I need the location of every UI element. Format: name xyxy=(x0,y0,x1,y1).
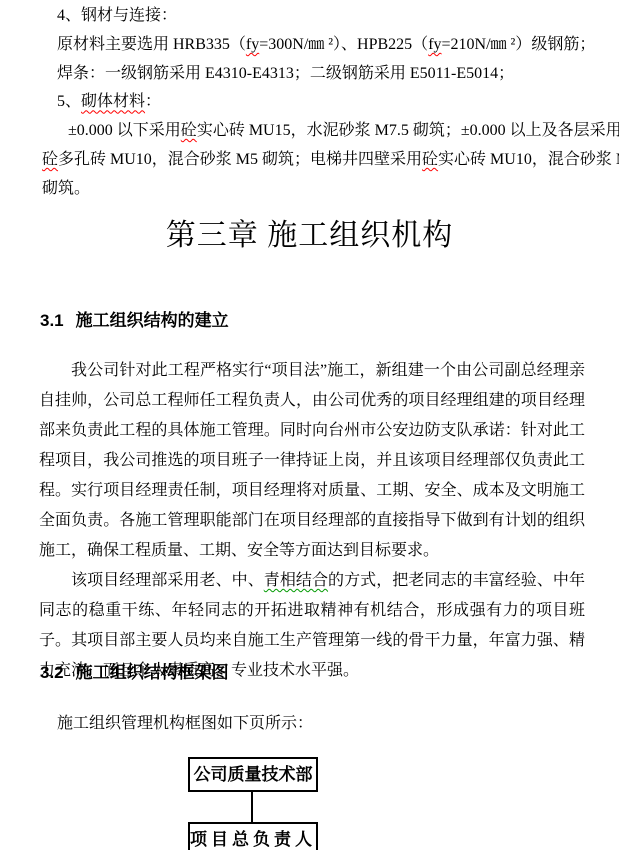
text-segment: 实心砖 MU15，水泥砂浆 M7.5 砌筑；±0.000 以上及各层采用 xyxy=(197,122,619,139)
spec-line-masonry-1: ±0.000 以下采用砼实心砖 MU15，水泥砂浆 M7.5 砌筑；±0.000… xyxy=(68,117,619,146)
text-segment: =210N/㎜ ²）级钢筋； xyxy=(442,36,596,53)
spec-line-rebar-grades: 原材料主要选用 HRB335（fy=300N/㎜ ²）、HPB225（fy=21… xyxy=(57,31,619,60)
text-segment: 我公司针对此工程严格实行“项目法”施工，新组建一个由公司副总经理亲自挂帅，公司总… xyxy=(39,362,585,559)
proofing-marked-text: 砌体材料 xyxy=(81,93,145,110)
org-chart-intro: 施工组织管理机构框图如下页所示： xyxy=(57,710,313,738)
section-3-1-body: 我公司针对此工程严格实行“项目法”施工，新组建一个由公司副总经理亲自挂帅，公司总… xyxy=(39,356,585,686)
spec-line-masonry-3: 砌筑。 xyxy=(42,175,619,204)
org-box-quality-tech-dept: 公司质量技术部 xyxy=(188,757,318,792)
section-number: 3.2 xyxy=(40,663,64,682)
spec-line-masonry-heading: 5、砌体材料： xyxy=(57,88,619,117)
spec-line-masonry-2: 砼多孔砖 MU10，混合砂浆 M5 砌筑；电梯井四壁采用砼实心砖 MU10，混合… xyxy=(42,146,619,175)
section-number: 3.1 xyxy=(40,311,64,330)
text-segment: 砌筑。 xyxy=(42,180,90,197)
text-segment: ： xyxy=(145,93,161,110)
text-segment: 该项目经理部采用老、中、 xyxy=(71,572,264,589)
text-segment: 原材料主要选用 HRB335（ xyxy=(57,36,246,53)
proofing-marked-text: fy xyxy=(246,36,259,53)
text-segment: ±0.000 以下采用 xyxy=(68,122,181,139)
section-title: 施工组织结构的建立 xyxy=(76,311,229,330)
proofing-marked-text: 砼 xyxy=(422,151,438,168)
org-box-project-leader: 项目总负责人 xyxy=(188,822,318,850)
section-heading-3-2: 3.2施工组织结构框架图 xyxy=(40,658,229,683)
document-page: 4、钢材与连接： 原材料主要选用 HRB335（fy=300N/㎜ ²）、HPB… xyxy=(0,0,619,850)
section-heading-3-1: 3.1施工组织结构的建立 xyxy=(40,306,229,331)
text-segment: 4、钢材与连接： xyxy=(57,7,177,24)
chapter-title: 第三章 施工组织机构 xyxy=(0,210,619,254)
section-title: 施工组织结构框架图 xyxy=(76,663,229,682)
proofing-marked-text: 砼 xyxy=(181,122,197,139)
paragraph-project-team: 我公司针对此工程严格实行“项目法”施工，新组建一个由公司副总经理亲自挂帅，公司总… xyxy=(39,356,585,566)
spec-line-steel-heading: 4、钢材与连接： xyxy=(57,2,619,31)
text-segment: 焊条：一级钢筋采用 E4310-E4313；二级钢筋采用 E5011-E5014… xyxy=(57,65,514,82)
proofing-marked-text: fy xyxy=(428,36,441,53)
spec-line-electrodes: 焊条：一级钢筋采用 E4310-E4313；二级钢筋采用 E5011-E5014… xyxy=(57,60,619,89)
text-segment: 实心砖 MU10，混合砂浆 M5 xyxy=(438,151,619,168)
text-segment: 5、 xyxy=(57,93,81,110)
proofing-marked-text: 砼 xyxy=(42,151,58,168)
org-connector-line xyxy=(251,792,253,823)
proofing-marked-text: 青相结合 xyxy=(264,572,328,589)
text-segment: =300N/㎜ ²）、HPB225（ xyxy=(259,36,428,53)
text-segment: 多孔砖 MU10，混合砂浆 M5 砌筑；电梯井四壁采用 xyxy=(58,151,422,168)
materials-spec-block: 4、钢材与连接： 原材料主要选用 HRB335（fy=300N/㎜ ²）、HPB… xyxy=(0,2,619,204)
